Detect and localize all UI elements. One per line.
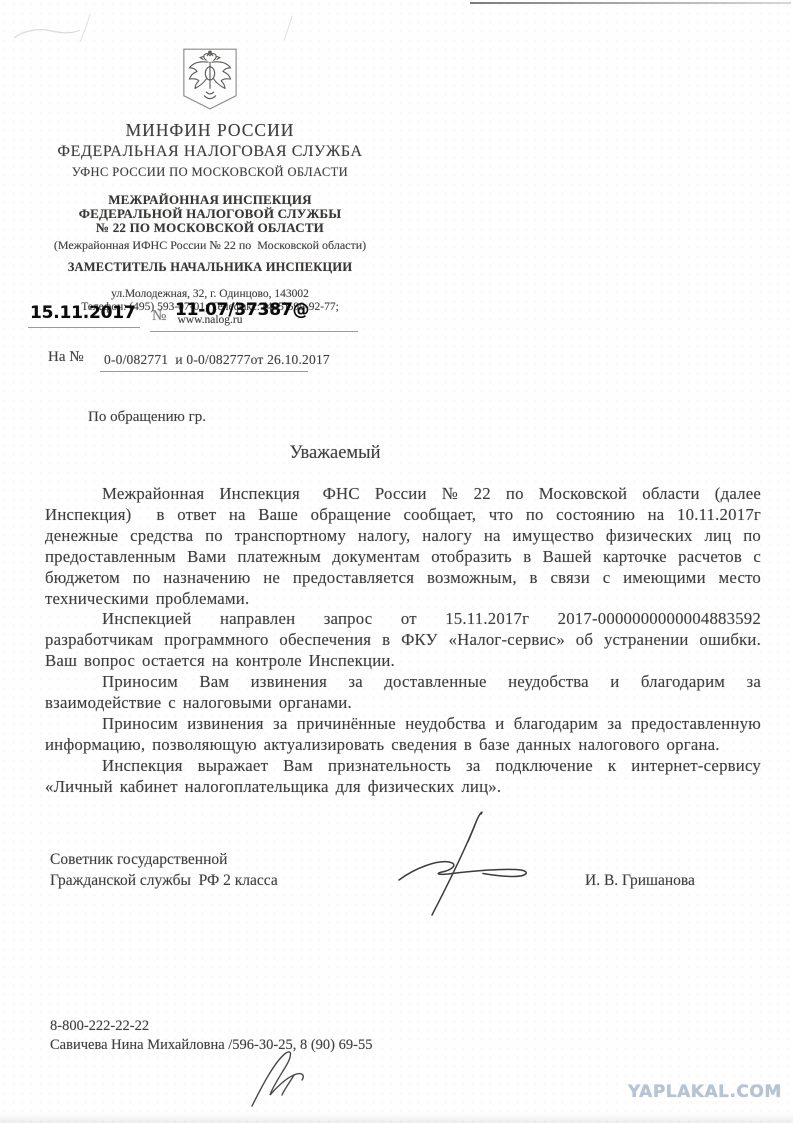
paragraph-3: Приносим Вам извинения за доставленные н… <box>45 672 761 714</box>
ministry-name: МИНФИН РОССИИ <box>20 120 400 141</box>
handwritten-signature <box>385 810 545 918</box>
service-name: ФЕДЕРАЛЬНАЯ НАЛОГОВАЯ СЛУЖБА <box>20 143 400 161</box>
paragraph-5: Инспекция выражает Вам признательность з… <box>45 756 761 798</box>
paragraph-1: Межрайонная Инспекция ФНС России № 22 по… <box>45 484 761 609</box>
inspection-name-line1: МЕЖРАЙОННАЯ ИНСПЕКЦИЯ <box>20 193 400 207</box>
paragraph-4: Приносим извинения за причинённые неудоб… <box>45 714 761 756</box>
letter-body: Межрайонная Инспекция ФНС России № 22 по… <box>45 484 761 798</box>
scan-edge-line <box>470 2 791 4</box>
number-sign: № <box>152 308 166 325</box>
reply-to-label: На № <box>48 349 84 366</box>
date-underline <box>28 327 140 328</box>
letterhead: МИНФИН РОССИИ ФЕДЕРАЛЬНАЯ НАЛОГОВАЯ СЛУЖ… <box>20 46 400 327</box>
executor-contact: Савичева Нина Михайловна /596-30-25, 8 (… <box>50 1037 372 1054</box>
regional-department: УФНС РОССИИ ПО МОСКОВСКОЙ ОБЛАСТИ <box>20 165 400 180</box>
number-underline <box>150 331 358 332</box>
pencil-marks <box>0 0 320 50</box>
recipient-line: По обращению гр. <box>88 409 206 426</box>
outgoing-date: 15.11.2017 <box>30 303 136 323</box>
signer-position-line2: Гражданской службы РФ 2 класса <box>50 870 278 891</box>
outgoing-number: 11-07/37387@ <box>175 300 309 320</box>
inspection-name-line2: ФЕДЕРАЛЬНОЙ НАЛОГОВОЙ СЛУЖБЫ <box>20 207 400 221</box>
signer-name: И. В. Гришанова <box>585 872 695 890</box>
salutation: Уважаемый <box>245 443 425 464</box>
handwritten-mark <box>240 1048 320 1110</box>
coat-of-arms-icon <box>182 46 238 112</box>
signer-position: Советник государственной Гражданской слу… <box>50 849 278 891</box>
scanned-letter-page: МИНФИН РОССИИ ФЕДЕРАЛЬНАЯ НАЛОГОВАЯ СЛУЖ… <box>0 0 793 1123</box>
hotline-phone: 8-800-222-22-22 <box>50 1018 149 1035</box>
inspection-name-line3: № 22 ПО МОСКОВСКОЙ ОБЛАСТИ <box>20 221 400 235</box>
signer-post-title: ЗАМЕСТИТЕЛЬ НАЧАЛЬНИКА ИНСПЕКЦИИ <box>20 260 400 275</box>
inspection-short-name: (Межрайонная ИФНС России № 22 по Московс… <box>20 238 400 253</box>
paragraph-2: Инспекцией направлен запрос от 15.11.201… <box>45 609 761 672</box>
reply-to-value: 0-0/082771 и 0-0/082777от 26.10.2017 <box>104 352 330 368</box>
reply-underline <box>100 371 308 372</box>
site-watermark: YAPLAKAL.COM <box>628 1082 782 1102</box>
signer-position-line1: Советник государственной <box>50 849 278 870</box>
scan-bottom-shade <box>0 1113 793 1123</box>
